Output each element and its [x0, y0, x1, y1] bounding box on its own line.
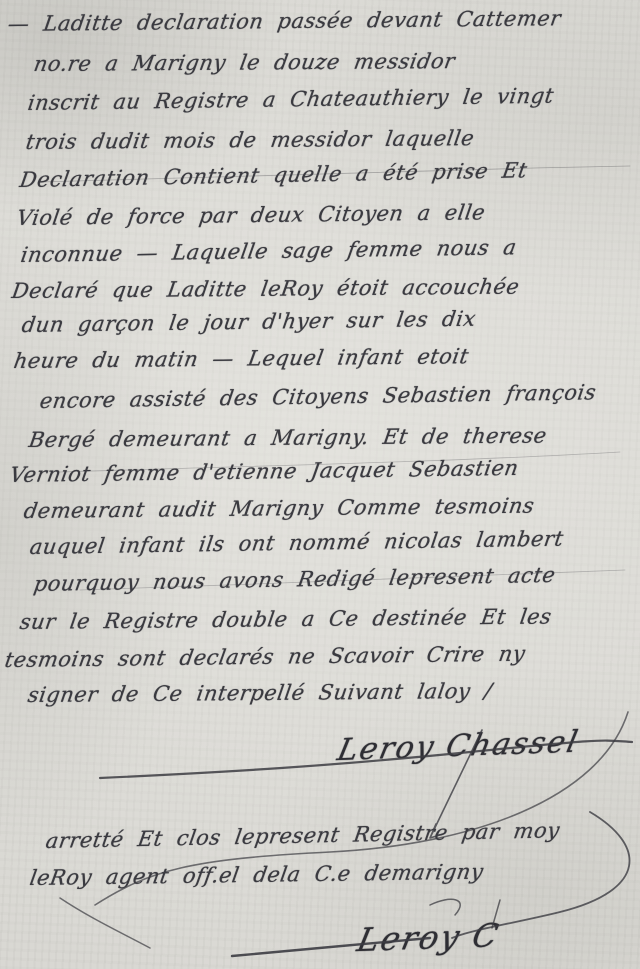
closing-cross-stroke	[60, 898, 150, 948]
manuscript-line-5: Declaration Contient quelle a été prise …	[18, 158, 529, 192]
manuscript-line-10: heure du matin — Lequel infant etoit	[12, 344, 471, 373]
signature-leroy-final: Leroy C	[354, 916, 504, 959]
manuscript-line-8: Declaré que Laditte leRoy étoit accouché…	[10, 275, 521, 303]
manuscript-line-4: trois dudit mois de messidor laquelle	[24, 126, 476, 154]
manuscript-line-17: sur le Registre double a Ce destinée Et …	[18, 604, 553, 634]
manuscript-line-13: Verniot femme d'etienne Jacquet Sebastie…	[8, 456, 520, 487]
manuscript-line-7: inconnue — Laquelle sage femme nous a	[19, 235, 518, 267]
closing-line-2: leRoy agent off.el dela C.e demarigny	[28, 860, 485, 890]
signature-leroy-chassel: Leroy Chassel	[334, 724, 582, 768]
manuscript-line-2: no.re a Marigny le douze messidor	[32, 49, 457, 76]
manuscript-line-6: Violé de force par deux Citoyen a elle	[15, 200, 487, 230]
manuscript-line-11: encore assisté des Citoyens Sebastien fr…	[38, 380, 598, 413]
manuscript-line-15: auquel infant ils ont nommé nicolas lamb…	[28, 527, 565, 559]
manuscript-line-9: dun garçon le jour d'hyer sur les dix	[20, 307, 477, 337]
manuscript-line-12: Bergé demeurant a Marigny. Et de therese	[27, 423, 548, 452]
manuscript-line-14: demeurant audit Marigny Comme tesmoins	[22, 494, 536, 523]
manuscript-page: — Laditte declaration passée devant Catt…	[0, 0, 640, 969]
manuscript-line-18: tesmoins sont declarés ne Scavoir Crire …	[3, 642, 527, 672]
manuscript-line-3: inscrit au Registre a Chateauthiery le v…	[26, 84, 555, 115]
manuscript-line-16: pourquoy nous avons Redigé lepresent act…	[32, 563, 557, 596]
closing-line-1: arretté Et clos lepresent Registre par m…	[44, 818, 561, 853]
manuscript-line-1: — Laditte declaration passée devant Catt…	[6, 6, 562, 36]
manuscript-line-19: signer de Ce interpellé Suivant laloy /	[26, 679, 494, 707]
